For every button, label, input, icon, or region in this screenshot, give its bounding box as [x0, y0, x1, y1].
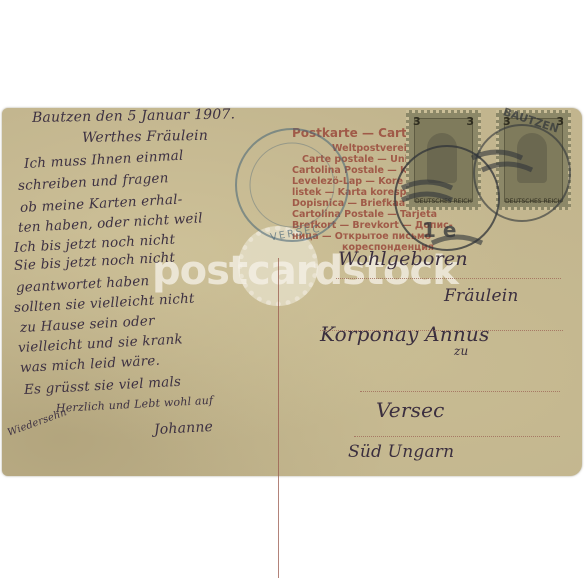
message-line: zu Hause sein oder: [20, 313, 156, 336]
closing-note: Wiedersehn: [6, 407, 68, 439]
address-preposition: zu: [454, 344, 468, 358]
message-line: was mich leid wäre.: [20, 353, 161, 376]
signature: Johanne: [154, 419, 214, 438]
stamp-value: 3: [466, 115, 474, 128]
message-line: Herzlich und Lebt wohl auf: [56, 394, 214, 415]
address-line: [336, 278, 561, 279]
message-line: Es grüsst sie viel mals: [24, 374, 182, 398]
message-line: geantwortet haben: [16, 273, 150, 296]
postmark-date-text: 1 e: [422, 218, 456, 242]
postcard: postcardstock Bautzen den 5 Januar 1907.…: [2, 108, 582, 476]
address-line: [354, 436, 560, 437]
card-divider: [278, 258, 279, 578]
date-line: Bautzen den 5 Januar 1907.: [32, 106, 235, 126]
stamp-value: 3: [413, 115, 421, 128]
message-line: schreiben und fragen: [18, 170, 169, 194]
address-city: Versec: [376, 398, 445, 422]
address-name: Korponay Annus: [320, 322, 489, 346]
salutation: Werthes Fräulein: [82, 128, 208, 146]
address-region: Süd Ungarn: [348, 442, 454, 462]
message-line: Ich muss Ihnen einmal: [24, 148, 184, 172]
address-line: [320, 330, 563, 331]
address-title: Fräulein: [444, 286, 519, 306]
address-line: [360, 391, 560, 392]
address-honorific: Wohlgeboren: [338, 248, 468, 270]
